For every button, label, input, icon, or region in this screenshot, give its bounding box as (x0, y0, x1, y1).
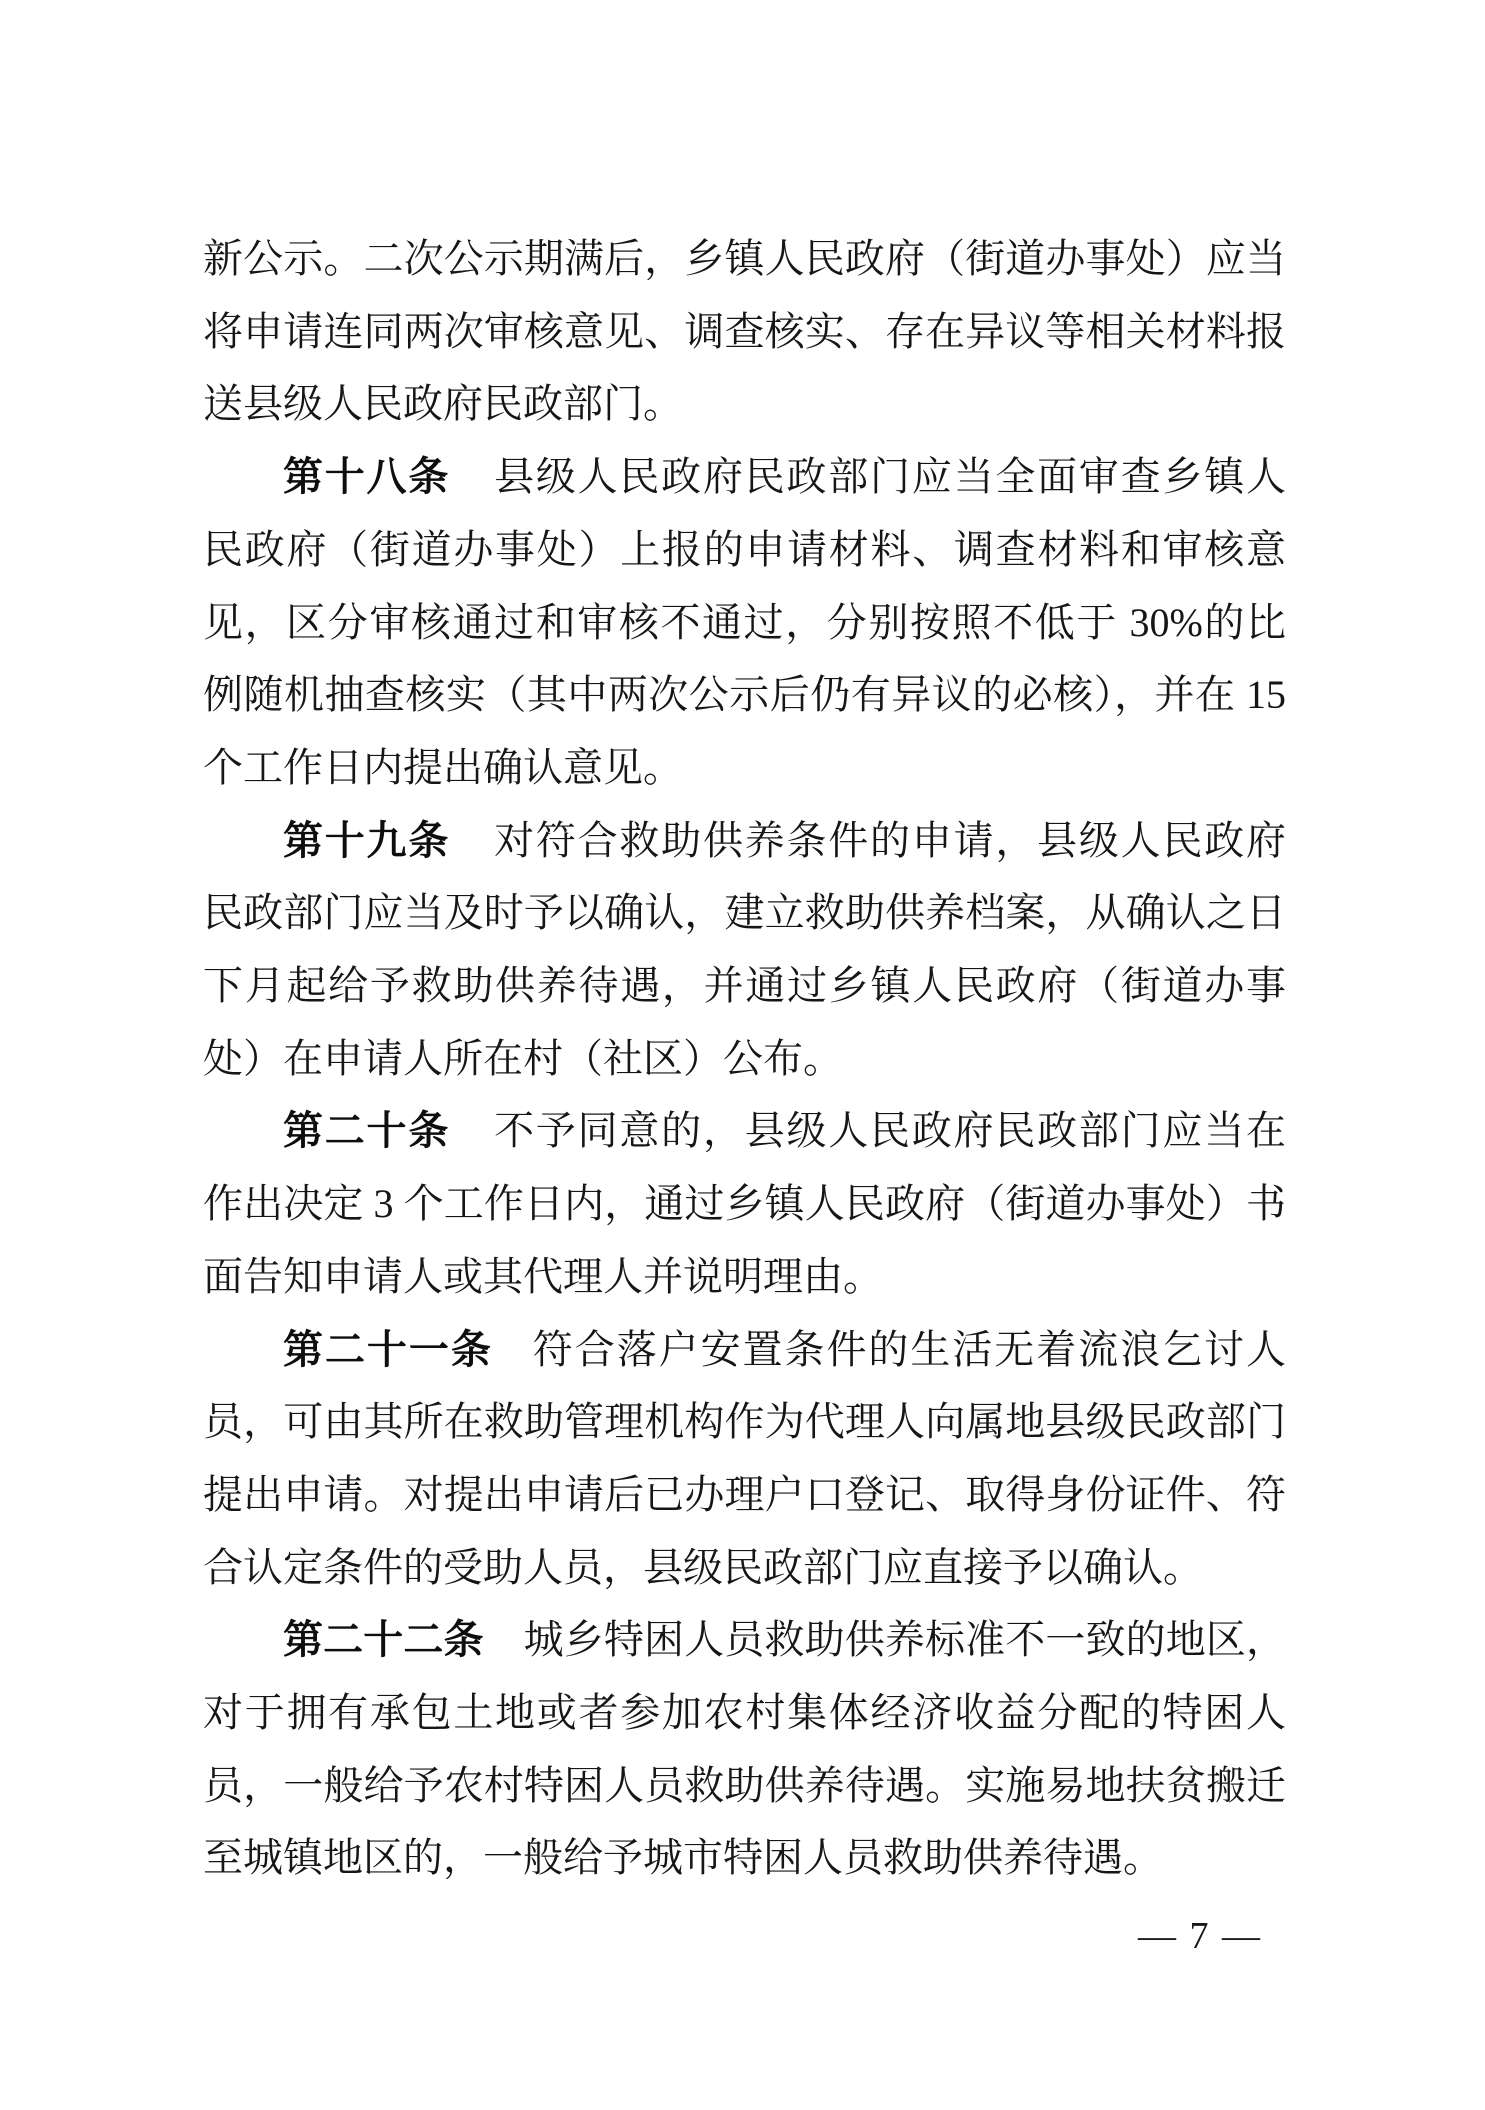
paragraph: 新公示。二次公示期满后，乡镇人民政府（街道办事处）应当将申请连同两次审核意见、调… (203, 223, 1286, 441)
document-body: 新公示。二次公示期满后，乡镇人民政府（街道办事处）应当将申请连同两次审核意见、调… (203, 223, 1286, 1895)
article-number: 第十九条 (283, 819, 450, 863)
paragraph: 第二十条不予同意的，县级人民政府民政部门应当在作出决定 3 个工作日内，通过乡镇… (203, 1095, 1286, 1313)
page-number: — 7 — (1138, 1914, 1262, 1958)
paragraph: 第十八条县级人民政府民政部门应当全面审查乡镇人民政府（街道办事处）上报的申请材料… (203, 441, 1286, 805)
paragraph: 第十九条对符合救助供养条件的申请，县级人民政府民政部门应当及时予以确认，建立救助… (203, 805, 1286, 1096)
article-number: 第二十一条 (283, 1328, 493, 1372)
paragraph-text: 新公示。二次公示期满后，乡镇人民政府（街道办事处）应当将申请连同两次审核意见、调… (203, 236, 1286, 426)
document-page: 新公示。二次公示期满后，乡镇人民政府（街道办事处）应当将申请连同两次审核意见、调… (0, 0, 1485, 2110)
article-number: 第二十二条 (283, 1618, 484, 1662)
paragraph-text: 县级人民政府民政部门应当全面审查乡镇人民政府（街道办事处）上报的申请材料、调查材… (203, 454, 1286, 790)
paragraph: 第二十一条符合落户安置条件的生活无着流浪乞讨人员，可由其所在救助管理机构作为代理… (203, 1314, 1286, 1605)
article-number: 第十八条 (283, 455, 450, 499)
paragraph: 第二十二条城乡特困人员救助供养标准不一致的地区，对于拥有承包土地或者参加农村集体… (203, 1604, 1286, 1895)
article-number: 第二十条 (283, 1109, 450, 1153)
